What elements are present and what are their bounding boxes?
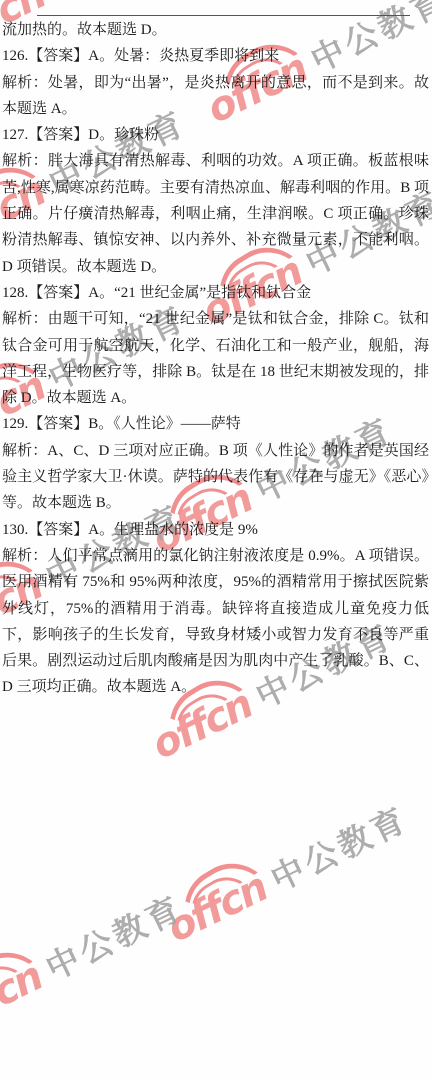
q126-answer-line: 126.【答案】A。处暑：炎热夏季即将到来 — [2, 43, 429, 69]
q128-answer-line: 128.【答案】A。“21 世纪金属”是指钛和钛合金 — [2, 280, 429, 306]
q127-answer-line: 127.【答案】D。珍珠粉 — [2, 122, 429, 148]
q130-analysis: 解析：人们平常点滴用的氯化钠注射液浓度是 0.9%。A 项错误。医用酒精有 75… — [2, 543, 429, 701]
page-top-rule — [37, 15, 410, 16]
paragraph-continuation: 流加热的。故本题选 D。 — [2, 17, 429, 43]
zhonggong-watermark-text: 中公教育 — [44, 0, 191, 3]
zhonggong-watermark-text: 中公教育 — [41, 890, 188, 985]
q126-analysis: 解析：处暑，即为“出暑”，是炎热离开的意思，而不是到来。故本题选 A。 — [2, 70, 429, 123]
answer-key-content: 流加热的。故本题选 D。 126.【答案】A。处暑：炎热夏季即将到来 解析：处暑… — [2, 17, 429, 701]
q129-answer-line: 129.【答案】B。《人性论》——萨特 — [2, 411, 429, 437]
q130-answer-line: 130.【答案】A。生理盐水的浓度是 9% — [2, 517, 429, 543]
q128-analysis: 解析：由题干可知，“21 世纪金属”是钛和钛合金，排除 C。钛和钛合金可用于航空… — [2, 306, 429, 411]
document-page: offcn中公教育 offcn中公教育 offcn中公教育 offcn中公教育 … — [0, 0, 432, 1080]
q129-analysis: 解析：A、C、D 三项对应正确。B 项《人性论》的作者是英国经验主义哲学家大卫·… — [2, 438, 429, 517]
offcn-logo-watermark: offcn — [0, 956, 48, 1038]
zhonggong-watermark-text: 中公教育 — [266, 801, 413, 896]
q127-analysis: 解析：胖大海具有清热解毒、利咽的功效。A 项正确。板蓝根味苦,性寒,属寒凉药范畴… — [2, 148, 429, 279]
